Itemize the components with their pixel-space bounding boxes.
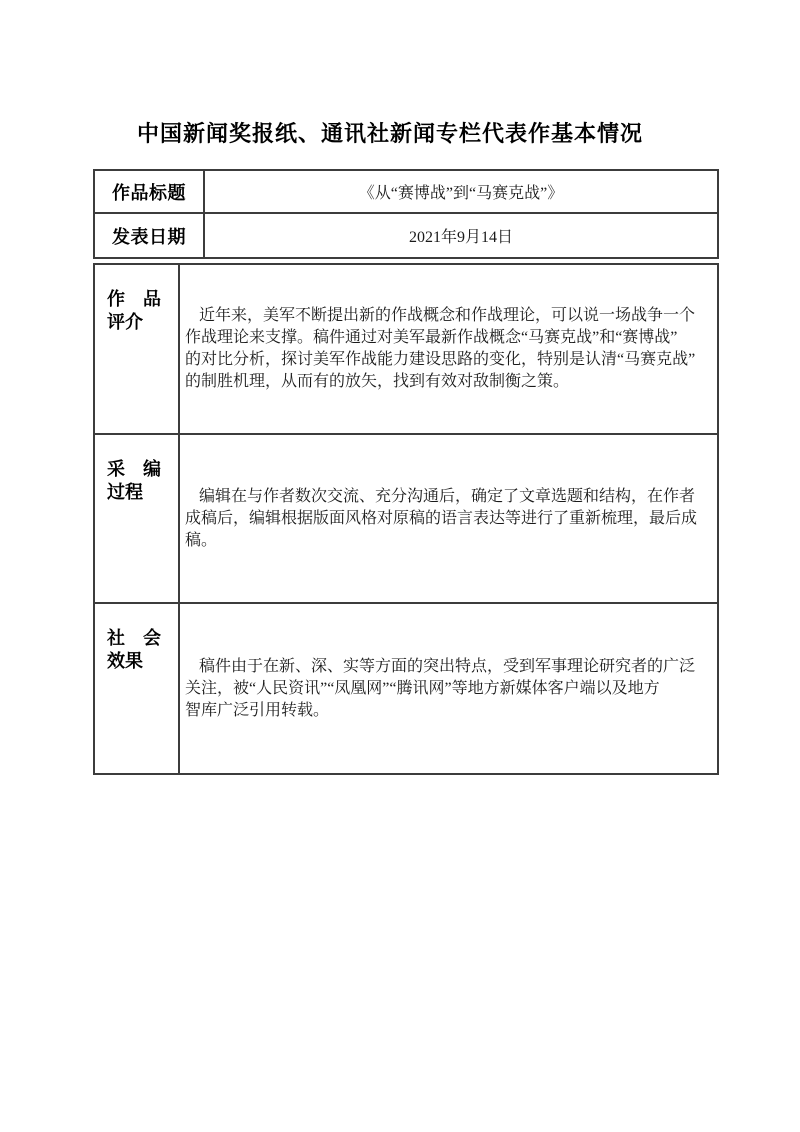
document-page: 中国新闻奖报纸、通讯社新闻专栏代表作基本情况 作品标题 《从“赛博战”到“马赛克… <box>0 0 800 1132</box>
page-title: 中国新闻奖报纸、通讯社新闻专栏代表作基本情况 <box>0 117 780 148</box>
work-review-cell: 近年来，美军不断提出新的作战概念和作战理论，可以说一场战争一个 作战理论来支撑。… <box>180 265 717 433</box>
work-title-value: 《从“赛博战”到“马赛克战”》 <box>205 171 717 212</box>
table-row: 作 品 评介 近年来，美军不断提出新的作战概念和作战理论，可以说一场战争一个 作… <box>95 265 717 433</box>
table-row: 作品标题 《从“赛博战”到“马赛克战”》 <box>95 171 717 212</box>
social-effect-paragraph: 稿件由于在新、深、实等方面的突出特点，受到军事理论研究者的广泛 关注，被“人民资… <box>185 656 717 722</box>
editing-process-paragraph: 编辑在与作者数次交流、充分沟通后，确定了文章选题和结构，在作者 成稿后，编辑根据… <box>185 486 717 552</box>
editing-process-label: 采 编 过程 <box>95 435 180 602</box>
detail-table: 作 品 评介 近年来，美军不断提出新的作战概念和作战理论，可以说一场战争一个 作… <box>93 263 719 775</box>
table-row: 采 编 过程 编辑在与作者数次交流、充分沟通后，确定了文章选题和结构，在作者 成… <box>95 433 717 602</box>
info-table: 作品标题 《从“赛博战”到“马赛克战”》 发表日期 2021年9月14日 <box>93 169 719 259</box>
work-review-label: 作 品 评介 <box>95 265 180 433</box>
work-review-paragraph: 近年来，美军不断提出新的作战概念和作战理论，可以说一场战争一个 作战理论来支撑。… <box>185 305 717 393</box>
publish-date-value: 2021年9月14日 <box>205 214 717 257</box>
table-row: 发表日期 2021年9月14日 <box>95 212 717 257</box>
work-title-label: 作品标题 <box>95 171 205 212</box>
social-effect-label: 社 会 效果 <box>95 604 180 773</box>
social-effect-cell: 稿件由于在新、深、实等方面的突出特点，受到军事理论研究者的广泛 关注，被“人民资… <box>180 604 717 773</box>
editing-process-cell: 编辑在与作者数次交流、充分沟通后，确定了文章选题和结构，在作者 成稿后，编辑根据… <box>180 435 717 602</box>
publish-date-label: 发表日期 <box>95 214 205 257</box>
table-row: 社 会 效果 稿件由于在新、深、实等方面的突出特点，受到军事理论研究者的广泛 关… <box>95 602 717 773</box>
